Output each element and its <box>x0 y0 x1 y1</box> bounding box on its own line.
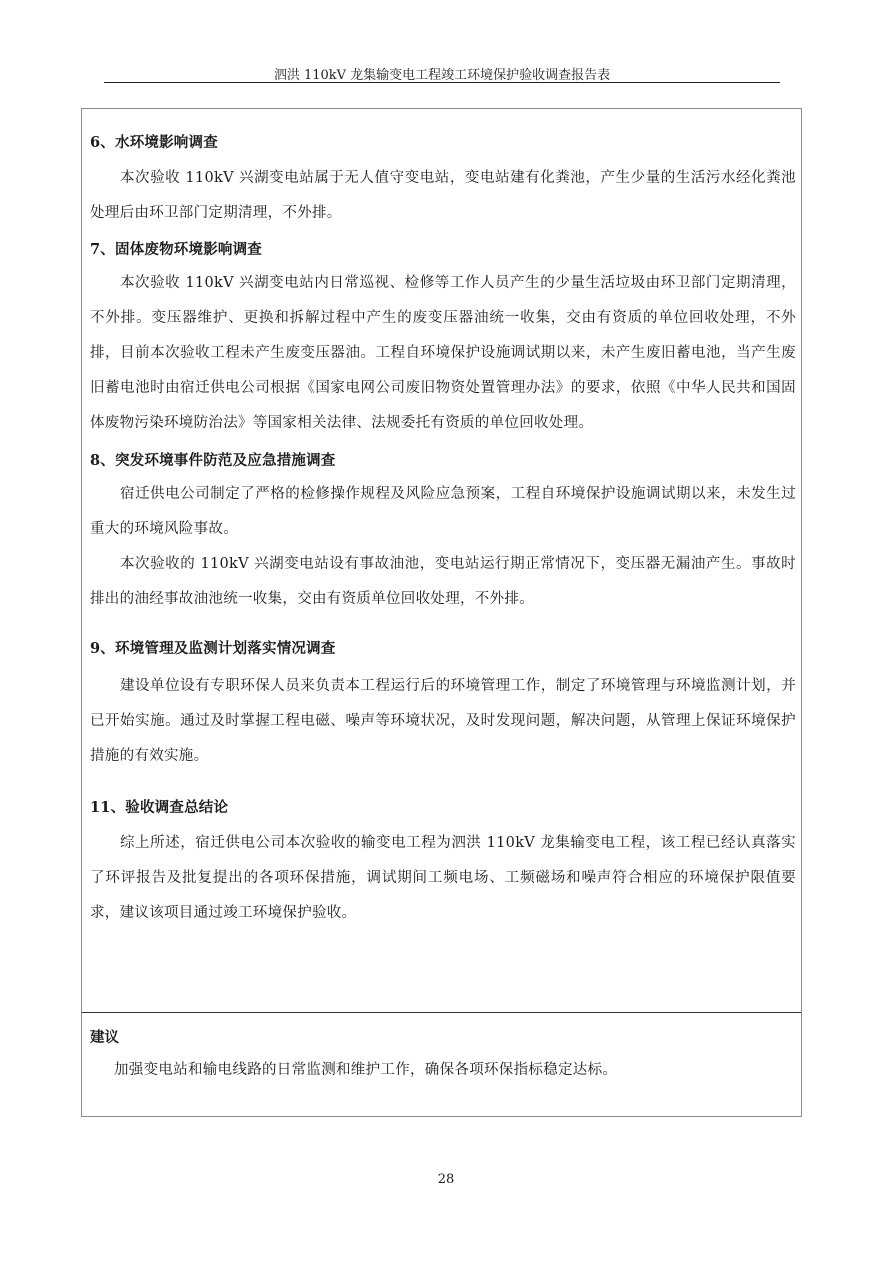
cell-divider <box>82 1012 801 1013</box>
report-table: 6、水环境影响调查 本次验收 110kV 兴湖变电站属于无人值守变电站，变电站建… <box>81 108 802 1117</box>
header-rule <box>104 82 780 83</box>
section-paragraph-conclusion: 综上所述，宿迁供电公司本次验收的输变电工程为泗洪 110kV 龙集输变电工程，该… <box>90 826 796 931</box>
page-number: 28 <box>0 1172 892 1187</box>
section-heading-conclusion: 11、验收调查总结论 <box>90 796 228 817</box>
section-heading-water: 6、水环境影响调查 <box>90 131 218 152</box>
suggestion-text: 加强变电站和输电线路的日常监测和维护工作，确保各项环保指标稳定达标。 <box>114 1058 617 1079</box>
section-paragraph-emergency-1: 宿迁供电公司制定了严格的检修操作规程及风险应急预案，工程自环境保护设施调试期以来… <box>90 477 796 547</box>
section-paragraph-management: 建设单位设有专职环保人员来负责本工程运行后的环境管理工作，制定了环境管理与环境监… <box>90 669 796 774</box>
running-header-title: 泗洪 110kV 龙集输变电工程竣工环境保护验收调查报告表 <box>104 64 780 83</box>
section-paragraph-emergency-2: 本次验收的 110kV 兴湖变电站设有事故油池，变电站运行期正常情况下，变压器无… <box>90 547 796 617</box>
section-paragraph-solid-waste: 本次验收 110kV 兴湖变电站内日常巡视、检修等工作人员产生的少量生活垃圾由环… <box>90 266 796 441</box>
findings-cell: 6、水环境影响调查 本次验收 110kV 兴湖变电站属于无人值守变电站，变电站建… <box>82 109 801 1013</box>
section-heading-solid-waste: 7、固体废物环境影响调查 <box>90 238 262 259</box>
section-paragraph-water: 本次验收 110kV 兴湖变电站属于无人值守变电站，变电站建有化粪池，产生少量的… <box>90 161 796 231</box>
section-heading-management: 9、环境管理及监测计划落实情况调查 <box>90 637 336 658</box>
suggestion-heading: 建议 <box>90 1026 119 1047</box>
section-heading-emergency: 8、突发环境事件防范及应急措施调查 <box>90 449 336 470</box>
